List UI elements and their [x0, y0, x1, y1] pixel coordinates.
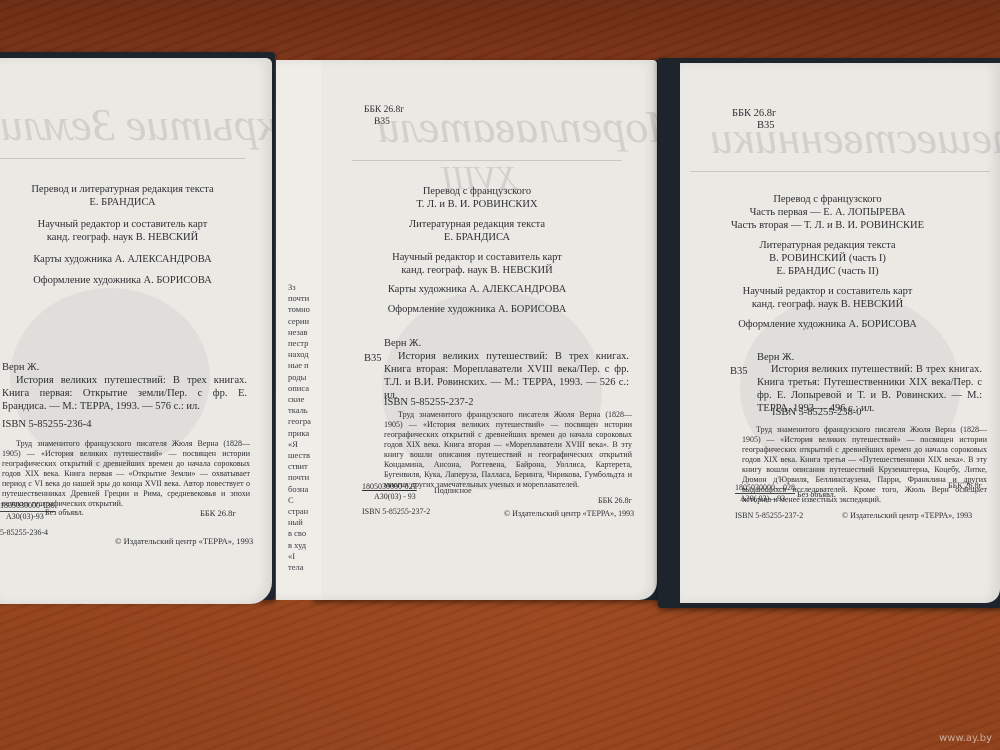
book2-side-column-line: пестр	[288, 338, 311, 349]
book3-credit-5: Е. БРАНДИС (часть II)	[680, 265, 975, 278]
book3-bbk: ББК 26.8г	[948, 479, 982, 492]
book2-side-column-line: тела	[288, 562, 311, 573]
book2-credit-3: Е. БРАНДИСА	[322, 231, 632, 244]
book2-credit-2: Литературная редакция текста	[322, 218, 632, 231]
book3-credit-6: Научный редактор и составитель карт	[680, 285, 975, 298]
book1-credit-3: канд. географ. наук В. НЕВСКИЙ	[0, 231, 245, 244]
book2-side-column-line: Зз	[288, 282, 311, 293]
book3-code-note: Без объявл.	[797, 488, 836, 501]
book2-ghost-title: Мореплаватели	[377, 100, 657, 153]
book3-code-bottom: А30( 03)—93	[740, 494, 785, 504]
book3-credit-8: Оформление художника А. БОРИСОВА	[680, 318, 975, 331]
book2-credit-0: Перевод с французского	[322, 185, 632, 198]
book2-side-column-line: томно	[288, 304, 311, 315]
book2-annotation: Труд знаменитого французского писателя Ж…	[384, 410, 632, 490]
book2-credit-1: Т. Л. и В. И. РОВИНСКИХ	[322, 198, 632, 211]
book1-annotation: Труд знаменитого французского писателя Ж…	[2, 439, 250, 509]
book3-credit-2: Часть вторая — Т. Л. и В. И. РОВИНСКИЕ	[680, 219, 975, 232]
watermark: www.ay.by	[939, 733, 992, 744]
book2-code: В35	[374, 116, 390, 129]
book3-credit-3: Литературная редакция текста	[680, 239, 975, 252]
book2-side-column-line: геогра	[288, 416, 311, 427]
book2-catalog: История великих путешествий: В трех книг…	[384, 350, 629, 402]
book2-side-column-line: описа	[288, 383, 311, 394]
book3-code: В35	[757, 119, 775, 132]
book1-ghost-title: Открытие Земли	[0, 98, 272, 151]
book2-side-column-line: почти	[288, 293, 311, 304]
book3-code-top: 1805030000—028	[735, 483, 795, 494]
book2-credit-6: Карты художника А. АЛЕКСАНДРОВА	[322, 283, 632, 296]
book2-side-column-line: шеств	[288, 450, 311, 461]
book1-credit-5: Оформление художника А. БОРИСОВА	[0, 274, 245, 287]
book2-page: Мореплаватели XVIII ББК 26.8г В35 Перево…	[322, 60, 657, 600]
book3-isbn-footer: ISBN 5-85255-237-2	[735, 509, 803, 522]
book2-side-column-line: ные п	[288, 360, 311, 371]
book3-copyright: © Издательский центр «ТЕРРА», 1993	[842, 509, 972, 522]
book2-credit-4: Научный редактор и составитель карт	[322, 251, 632, 264]
book1-isbn-footer: 5-85255-236-4	[0, 526, 48, 539]
book2-credit-5: канд. географ. наук В. НЕВСКИЙ	[322, 264, 632, 277]
book1-code-bottom: А30(03)-93	[6, 512, 44, 522]
book3-isbn: ISBN 5-85255-238-0	[772, 406, 862, 419]
book2-side-column-line: ские	[288, 394, 311, 405]
book2-side-column-line: ствит	[288, 461, 311, 472]
book2-side-column-line: в сво	[288, 528, 311, 539]
book2-catalog-code: В35	[364, 352, 382, 365]
book2-side-column-line: стран	[288, 506, 311, 517]
book2-side-column-line: наход	[288, 349, 311, 360]
book3-credit-0: Перевод с французского	[680, 193, 975, 206]
book2-code-bottom: А30(03) - 93	[374, 492, 416, 502]
book2-side-column: Ззпочтитомносериинезавпестрнаходные прод…	[288, 282, 311, 573]
book2-isbn: ISBN 5-85255-237-2	[384, 396, 474, 409]
book3-catalog-code: В35	[730, 365, 748, 378]
book2-copyright: © Издательский центр «ТЕРРА», 1993	[504, 507, 634, 520]
book1-credit-0: Перевод и литературная редакция текста	[0, 183, 245, 196]
book1-author: Верн Ж.	[2, 361, 39, 374]
book2-side-column-line: ный	[288, 517, 311, 528]
book2-code-top: 1805030000-027	[362, 482, 417, 492]
book2-isbn-footer: ISBN 5-85255-237-2	[362, 505, 430, 518]
book2-side-column-line: бозна	[288, 484, 311, 495]
book2-credit-7: Оформление художника А. БОРИСОВА	[322, 303, 632, 316]
book1-catalog: История великих путешествий: В трех книг…	[2, 374, 247, 413]
book2-side-column-line: прика	[288, 428, 311, 439]
book2-side-column-line: серии	[288, 316, 311, 327]
book1-credit-2: Научный редактор и составитель карт	[0, 218, 245, 231]
book1-bbk: ББК 26.8г	[200, 507, 236, 520]
book3-ghost-rule	[690, 171, 990, 172]
book1-page: Открытие Земли Перевод и литературная ре…	[0, 58, 272, 604]
book2-author: Верн Ж.	[384, 337, 421, 350]
book2-code-note: Подписное	[434, 484, 472, 497]
book3-credit-4: В. РОВИНСКИЙ (часть I)	[680, 252, 975, 265]
book1-credit-1: Е. БРАНДИСА	[0, 196, 245, 209]
book2-side-column-line: незав	[288, 327, 311, 338]
book3-credit-7: канд. географ. наук В. НЕВСКИЙ	[680, 298, 975, 311]
book3-credit-1: Часть первая — Е. А. ЛОПЫРЕВА	[680, 206, 975, 219]
book2-side-column-line: в худ	[288, 540, 311, 551]
book2-side-column-line: «Я	[288, 439, 311, 450]
book1-isbn: ISBN 5-85255-236-4	[2, 418, 92, 431]
book2-side-column-line: С	[288, 495, 311, 506]
book2-side-column-line: «I	[288, 551, 311, 562]
book1-credit-4: Карты художника А. АЛЕКСАНДРОВА	[0, 253, 245, 266]
book2-bbk: ББК 26.8г	[598, 494, 632, 507]
book2-side-column-line: роды	[288, 372, 311, 383]
book1-copyright: © Издательский центр «ТЕРРА», 1993	[115, 535, 253, 548]
book2-side-column-line: ткаль	[288, 405, 311, 416]
book2-side-column-line: почти	[288, 472, 311, 483]
book1-ghost-rule	[0, 158, 245, 159]
book1-code-note: Без объявл.	[45, 506, 84, 519]
book3-page: Путешественники ББК 26.8г В35 Перевод с …	[680, 63, 1000, 603]
